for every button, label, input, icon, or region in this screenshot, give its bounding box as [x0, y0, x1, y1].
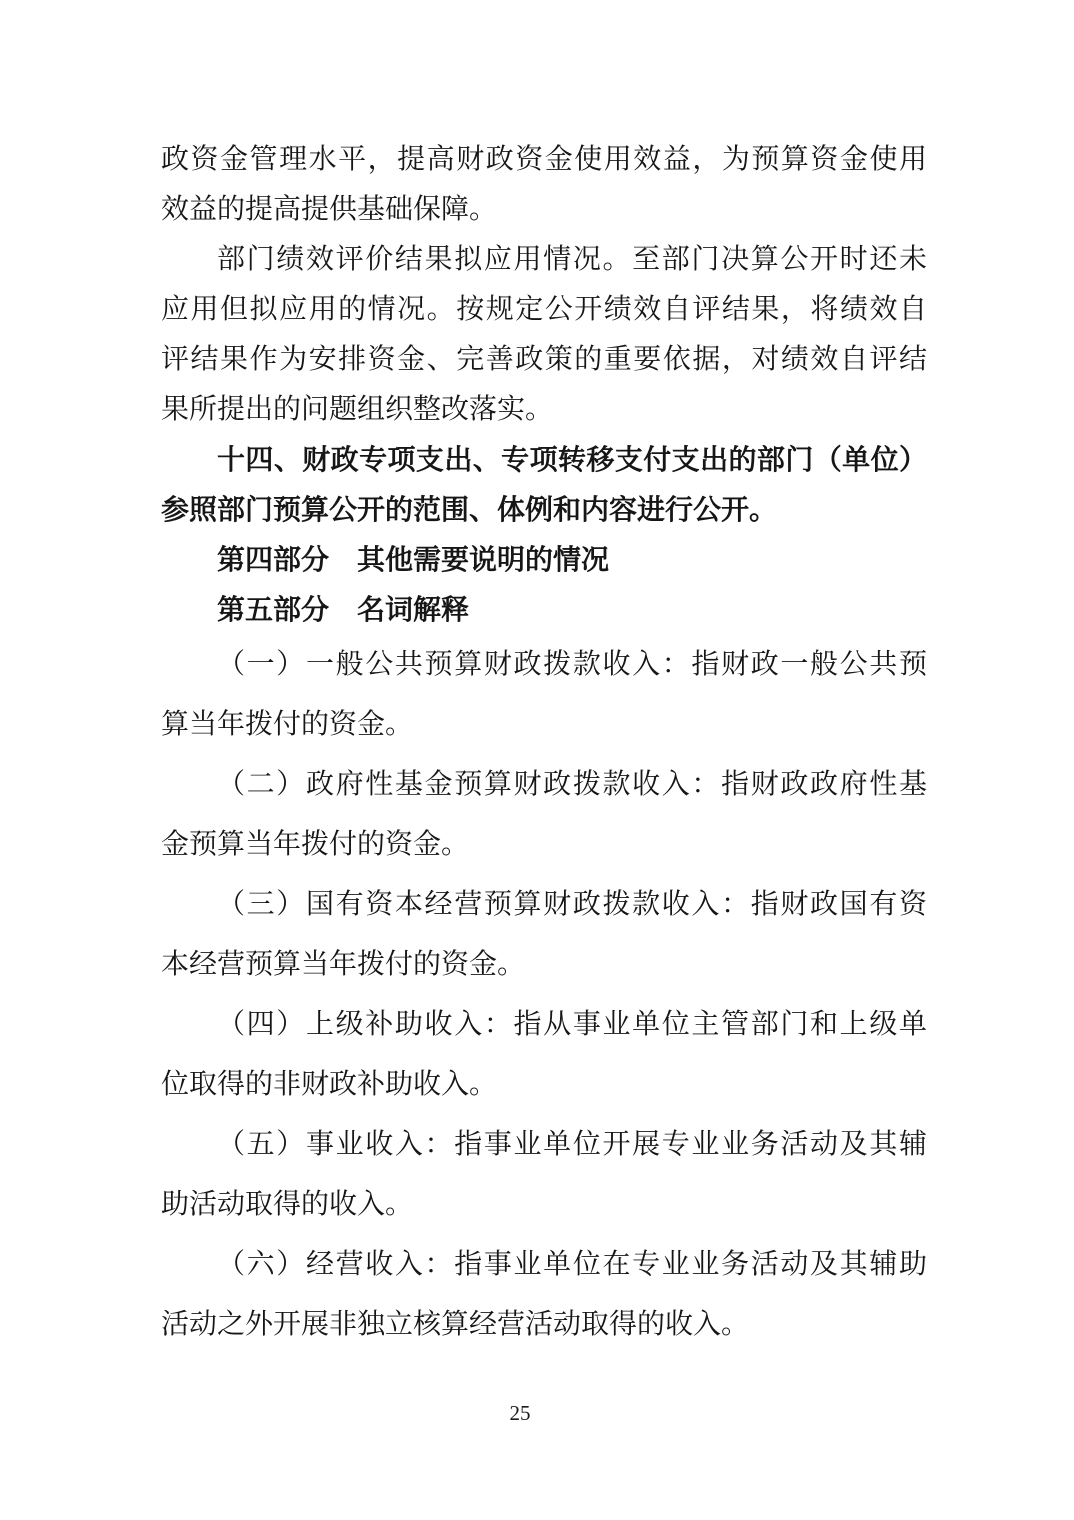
text-line: 本经营预算当年拨付的资金。: [161, 935, 927, 995]
heading-line: 第四部分 其他需要说明的情况: [161, 535, 927, 585]
text-line: （三）国有资本经营预算财政拨款收入：指财政国有资: [161, 875, 927, 935]
text-line: 政资金管理水平，提高财政资金使用效益，为预算资金使用: [161, 135, 927, 185]
page-number: 25: [0, 1398, 1040, 1428]
text-line: 助活动取得的收入。: [161, 1175, 927, 1235]
definition-4: （四）上级补助收入：指从事业单位主管部门和上级单 位取得的非财政补助收入。: [161, 995, 927, 1115]
text-line: 算当年拨付的资金。: [161, 695, 927, 755]
text-line: （四）上级补助收入：指从事业单位主管部门和上级单: [161, 995, 927, 1055]
text-line: 应用但拟应用的情况。按规定公开绩效自评结果，将绩效自: [161, 285, 927, 335]
document-page: 政资金管理水平，提高财政资金使用效益，为预算资金使用 效益的提高提供基础保障。 …: [0, 0, 1074, 1520]
heading-line: 第五部分 名词解释: [161, 585, 927, 635]
text-line: 活动之外开展非独立核算经营活动取得的收入。: [161, 1295, 927, 1355]
page-body: 政资金管理水平，提高财政资金使用效益，为预算资金使用 效益的提高提供基础保障。 …: [161, 135, 927, 1355]
text-line: 参照部门预算公开的范围、体例和内容进行公开。: [161, 485, 927, 535]
carryover-paragraph: 政资金管理水平，提高财政资金使用效益，为预算资金使用 效益的提高提供基础保障。: [161, 135, 927, 235]
definition-6: （六）经营收入：指事业单位在专业业务活动及其辅助 活动之外开展非独立核算经营活动…: [161, 1235, 927, 1355]
text-line: 十四、财政专项支出、专项转移支付支出的部门（单位）: [161, 435, 927, 485]
definition-1: （一）一般公共预算财政拨款收入：指财政一般公共预 算当年拨付的资金。: [161, 635, 927, 755]
definition-3: （三）国有资本经营预算财政拨款收入：指财政国有资 本经营预算当年拨付的资金。: [161, 875, 927, 995]
part-four-heading: 第四部分 其他需要说明的情况: [161, 535, 927, 585]
performance-evaluation-paragraph: 部门绩效评价结果拟应用情况。至部门决算公开时还未 应用但拟应用的情况。按规定公开…: [161, 235, 927, 435]
text-line: 部门绩效评价结果拟应用情况。至部门决算公开时还未: [161, 235, 927, 285]
text-line: 金预算当年拨付的资金。: [161, 815, 927, 875]
text-line: 评结果作为安排资金、完善政策的重要依据，对绩效自评结: [161, 335, 927, 385]
upper-text-block: 政资金管理水平，提高财政资金使用效益，为预算资金使用 效益的提高提供基础保障。 …: [161, 135, 927, 635]
text-line: 果所提出的问题组织整改落实。: [161, 385, 927, 435]
text-line: 效益的提高提供基础保障。: [161, 185, 927, 235]
text-line: （一）一般公共预算财政拨款收入：指财政一般公共预: [161, 635, 927, 695]
definition-5: （五）事业收入：指事业单位开展专业业务活动及其辅 助活动取得的收入。: [161, 1115, 927, 1235]
definitions-block: （一）一般公共预算财政拨款收入：指财政一般公共预 算当年拨付的资金。 （二）政府…: [161, 635, 927, 1355]
part-five-heading: 第五部分 名词解释: [161, 585, 927, 635]
item-fourteen-paragraph: 十四、财政专项支出、专项转移支付支出的部门（单位） 参照部门预算公开的范围、体例…: [161, 435, 927, 535]
definition-2: （二）政府性基金预算财政拨款收入：指财政政府性基 金预算当年拨付的资金。: [161, 755, 927, 875]
text-line: （五）事业收入：指事业单位开展专业业务活动及其辅: [161, 1115, 927, 1175]
text-line: 位取得的非财政补助收入。: [161, 1055, 927, 1115]
text-line: （二）政府性基金预算财政拨款收入：指财政政府性基: [161, 755, 927, 815]
text-line: （六）经营收入：指事业单位在专业业务活动及其辅助: [161, 1235, 927, 1295]
